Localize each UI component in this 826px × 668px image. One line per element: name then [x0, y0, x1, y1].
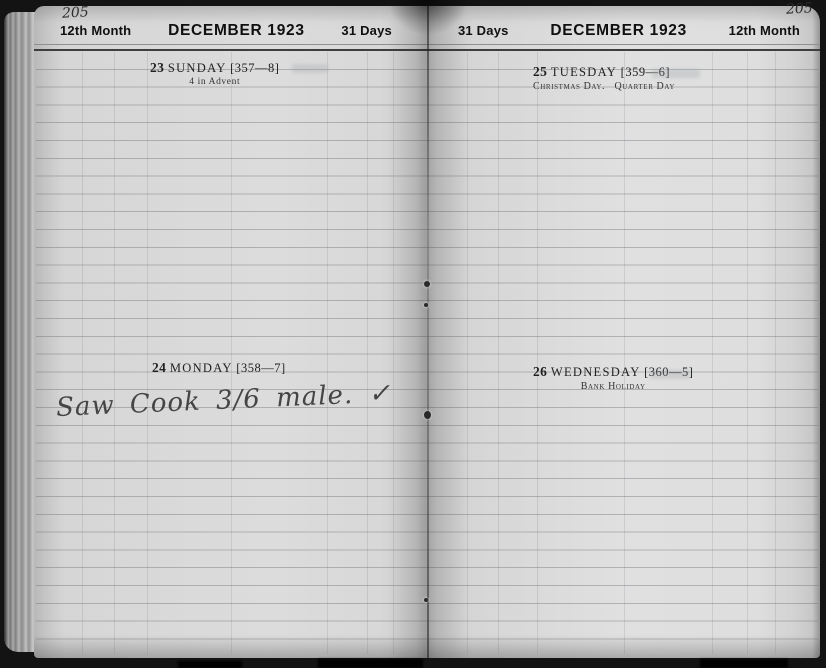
binding-seam [427, 6, 429, 658]
entry-note: 4 in Advent [150, 77, 279, 87]
day-of-year: [357—8] [230, 61, 279, 75]
day-of-year: [358—7] [236, 361, 285, 375]
weekday: TUESDAY [551, 65, 617, 79]
entry-heading: 24 MONDAY [358—7] [152, 360, 286, 376]
print-ghost-smudge [650, 370, 690, 379]
right-page-number: 205 [786, 0, 814, 17]
feint-vertical-line [747, 52, 748, 654]
print-ghost-smudge [652, 69, 700, 78]
feint-vertical-line [231, 52, 232, 654]
scan-artifact [700, 659, 788, 668]
scan-artifact [178, 661, 242, 668]
feint-vertical-line [775, 52, 776, 654]
feint-vertical-line [624, 52, 625, 654]
binding-stitch [424, 281, 430, 287]
page-edge-stack [4, 12, 36, 652]
binding-stitch [424, 411, 431, 419]
scan-artifact [318, 659, 423, 668]
left-page-number: 205 [62, 4, 90, 21]
entry-note: Bank Holiday [533, 381, 693, 392]
left-header-month-ordinal: 12th Month [60, 23, 131, 38]
print-ghost-smudge [292, 64, 328, 73]
entry-note: Christmas Day. Quarter Day [533, 81, 675, 92]
day-number: 24 [152, 360, 166, 375]
feint-vertical-line [367, 52, 368, 654]
day-number: 25 [533, 64, 547, 79]
left-header-days: 31 Days [341, 23, 392, 38]
right-page-header: 31 Days DECEMBER 1923 12th Month [428, 22, 820, 46]
binding-stitch [424, 598, 428, 602]
feint-vertical-line [498, 52, 499, 654]
weekday: MONDAY [170, 361, 233, 375]
feint-vertical-line [537, 52, 538, 654]
left-page-header: 12th Month DECEMBER 1923 31 Days [36, 22, 428, 46]
entry-sunday-23: 23 SUNDAY [357—8] 4 in Advent [150, 60, 279, 87]
entry-heading: 23 SUNDAY [357—8] [150, 60, 279, 76]
right-header-month-ordinal: 12th Month [729, 23, 800, 38]
feint-vertical-line [114, 52, 115, 654]
entry-monday-24: 24 MONDAY [358—7] [152, 360, 286, 376]
feint-vertical-line [327, 52, 328, 654]
feint-vertical-line [712, 52, 713, 654]
day-number: 23 [150, 60, 164, 75]
diary-scan: 205 205 12th Month DECEMBER 1923 31 Days… [0, 0, 826, 668]
feint-vertical-line [147, 52, 148, 654]
binding-stitch [424, 303, 428, 307]
right-header-title: DECEMBER 1923 [550, 22, 687, 40]
weekday: WEDNESDAY [551, 365, 641, 379]
right-header-days: 31 Days [458, 23, 509, 38]
feint-vertical-line [82, 52, 83, 654]
weekday: SUNDAY [168, 61, 227, 75]
day-number: 26 [533, 364, 547, 379]
left-header-title: DECEMBER 1923 [168, 22, 305, 40]
